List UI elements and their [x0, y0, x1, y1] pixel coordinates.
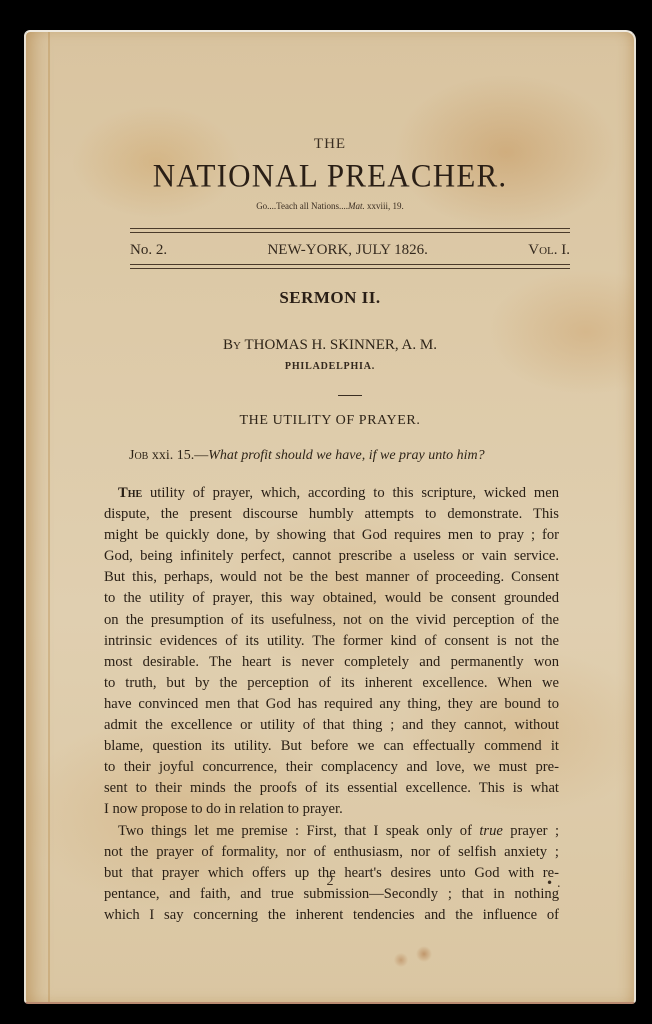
masthead-article: THE — [26, 136, 634, 153]
issue-line: No. 2. NEW-YORK, JULY 1826. Vol. I. — [130, 242, 570, 259]
masthead-title: NATIONAL PREACHER. — [26, 157, 634, 195]
paragraph-lead-word: The — [118, 485, 142, 501]
sermon-byline: By THOMAS H. SKINNER, A. M. — [26, 337, 634, 354]
body-line: to truth, but by the perception of its i… — [104, 673, 559, 694]
body-line: But this, perhaps, would not be the best… — [104, 567, 559, 588]
body-line: not the prayer of formality, nor of enth… — [104, 842, 559, 863]
body-line: intrinsic evidences of its utility. The … — [104, 631, 559, 652]
scripture-reference: xxi. 15.— — [148, 448, 208, 463]
masthead-motto: Go....Teach all Nations....Mat. xxviii, … — [26, 201, 634, 211]
sermon-title: SERMON II. — [26, 288, 634, 308]
byline-by: By — [223, 337, 241, 353]
motto-reference: xxviii, 19. — [365, 201, 404, 211]
body-line: dispute, the present discourse humbly at… — [104, 504, 559, 525]
motto-text: Go....Teach all Nations.... — [256, 201, 348, 211]
author-city: PHILADELPHIA. — [26, 361, 634, 372]
emphasis-true: true — [479, 823, 503, 839]
issue-place-date: NEW-YORK, JULY 1826. — [267, 242, 427, 259]
issue-volume: Vol. I. — [528, 242, 570, 259]
body-line: admit the excellence or utility of that … — [104, 715, 559, 736]
byline-author: THOMAS H. SKINNER, A. M. — [241, 337, 437, 353]
scripture-quote: What profit should we have, if we pray u… — [208, 448, 484, 463]
body-line: which I say concerning the inherent tend… — [104, 905, 559, 926]
scripture-text: Job xxi. 15.—What profit should we have,… — [129, 448, 569, 464]
motto-reference-book: Mat. — [348, 201, 365, 211]
sermon-subject: THE UTILITY OF PRAYER. — [26, 413, 634, 429]
body-line: I now propose to do in relation to praye… — [104, 799, 559, 820]
body-line: might be quickly done, by showing that G… — [104, 525, 559, 546]
body-line: The utility of prayer, which, according … — [104, 483, 559, 504]
body-line: on the presumption of its usefulness, no… — [104, 610, 559, 631]
document-page: THE NATIONAL PREACHER. Go....Teach all N… — [24, 30, 636, 1004]
masthead-rule-bottom — [130, 264, 570, 269]
section-divider — [338, 395, 362, 396]
body-line: most desirable. The heart is never compl… — [104, 652, 559, 673]
body-line: sent to their minds the proofs of its es… — [104, 778, 559, 799]
body-line: God, being infinitely perfect, cannot pr… — [104, 546, 559, 567]
body-line: have convinced men that God has required… — [104, 694, 559, 715]
page-number: 2 — [26, 874, 634, 890]
masthead-rule-top — [130, 228, 570, 233]
body-line: to the utility of prayer, this way obtai… — [104, 588, 559, 609]
printer-marks: • . — [546, 876, 561, 890]
scripture-book: Job — [129, 448, 148, 463]
issue-number: No. 2. — [130, 242, 167, 259]
body-line: to their joyful concurrence, their compl… — [104, 757, 559, 778]
body-line: blame, question its utility. But before … — [104, 736, 559, 757]
sermon-body: The utility of prayer, which, according … — [104, 483, 559, 926]
body-line: Two things let me premise : First, that … — [104, 821, 559, 842]
